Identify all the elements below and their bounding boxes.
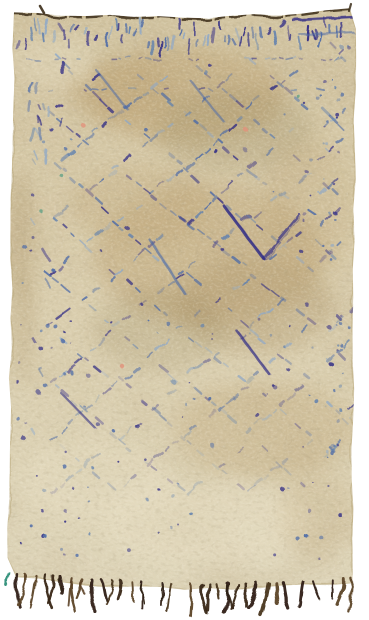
rug-image [0,0,369,620]
rug-pile-base [0,0,369,620]
rug-photo [0,0,369,620]
